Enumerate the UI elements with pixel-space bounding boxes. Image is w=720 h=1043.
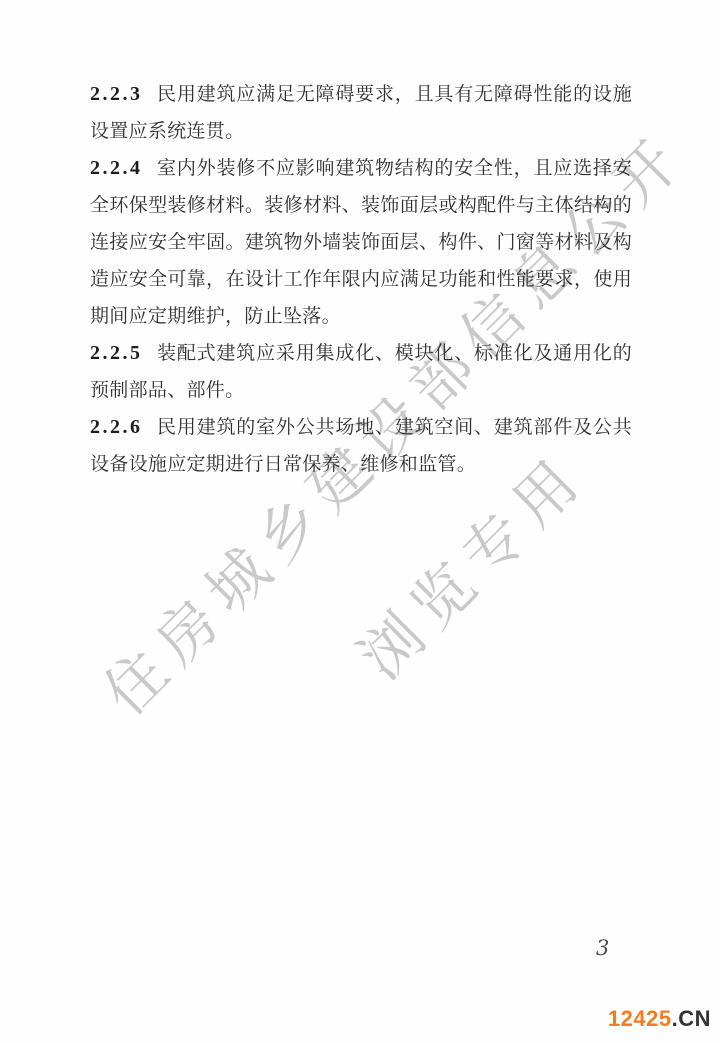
scanned-document-page: 住房城乡建设部信息公开 浏览专用 2.2.3民用建筑应满足无障碍要求，且具有无障… [0,0,720,1043]
clause-2-2-6: 2.2.6民用建筑的室外公共场地、建筑空间、建筑部件及公共设备设施应定期进行日常… [90,409,632,483]
clause-2-2-4: 2.2.4室内外装修不应影响建筑物结构的安全性，且应选择安全环保型装修材料。装修… [90,150,632,335]
clause-2-2-3: 2.2.3民用建筑应满足无障碍要求，且具有无障碍性能的设施设置应系统连贯。 [90,76,632,150]
site-suffix: .CN [672,1006,711,1031]
clause-text: 民用建筑的室外公共场地、建筑空间、建筑部件及公共设备设施应定期进行日常保养、维修… [90,416,632,475]
clause-number: 2.2.6 [90,416,143,438]
site-name: 12425 [608,1006,672,1031]
clause-2-2-5: 2.2.5装配式建筑应采用集成化、模块化、标准化及通用化的预制部品、部件。 [90,335,632,409]
document-body: 2.2.3民用建筑应满足无障碍要求，且具有无障碍性能的设施设置应系统连贯。 2.… [90,76,632,483]
clause-text: 室内外装修不应影响建筑物结构的安全性，且应选择安全环保型装修材料。装修材料、装饰… [90,157,632,327]
clause-number: 2.2.5 [90,342,143,364]
site-watermark-stamp: 12425.CN [608,1006,711,1032]
clause-number: 2.2.4 [90,157,143,179]
page-number: 3 [596,936,609,960]
clause-text: 民用建筑应满足无障碍要求，且具有无障碍性能的设施设置应系统连贯。 [90,83,632,142]
clause-number: 2.2.3 [90,83,143,105]
clause-text: 装配式建筑应采用集成化、模块化、标准化及通用化的预制部品、部件。 [90,342,632,401]
